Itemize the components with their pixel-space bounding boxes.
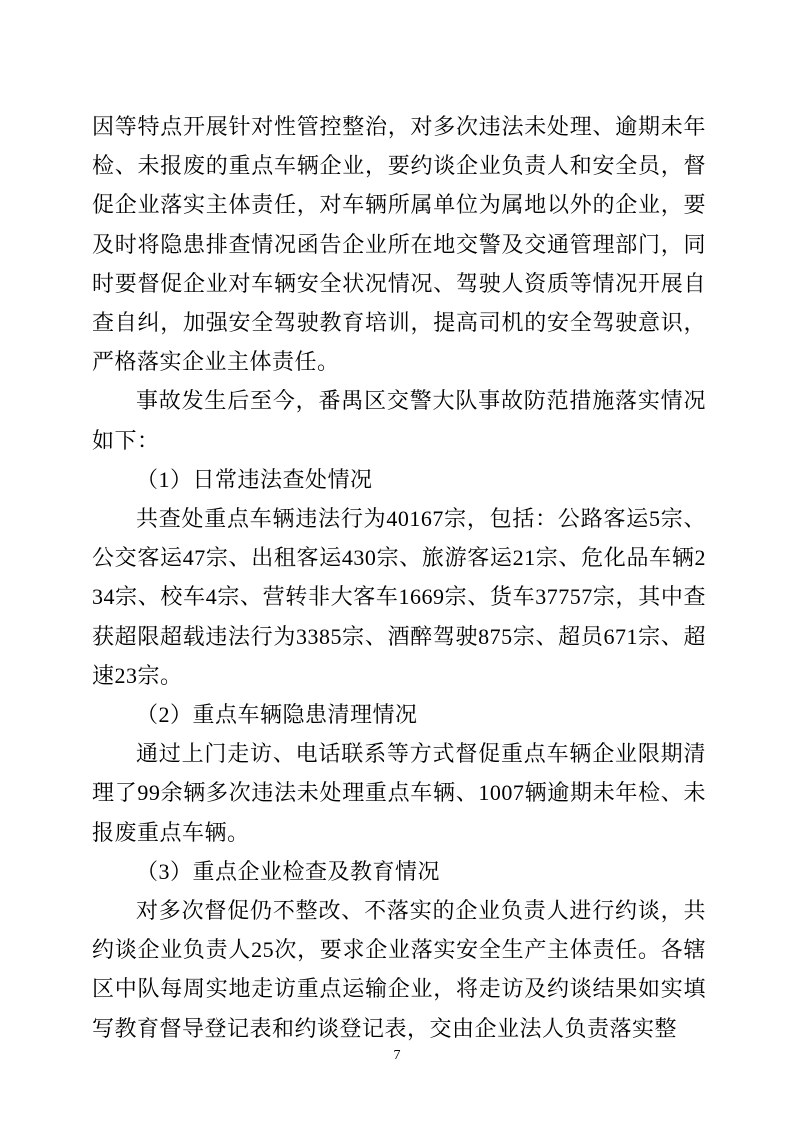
paragraph-violation-stats: 共查处重点车辆违法行为40167宗，包括：公路客运5宗、公交客运47宗、出租客运… <box>92 499 706 695</box>
paragraph-intro: 事故发生后至今，番禺区交警大队事故防范措施落实情况如下： <box>92 381 706 459</box>
paragraph-continuation: 因等特点开展针对性管控整治，对多次违法未处理、逾期未年检、未报废的重点车辆企业，… <box>92 107 706 381</box>
paragraph-vehicle-cleanup: 通过上门走访、电话联系等方式督促重点车辆企业限期清理了99余辆多次违法未处理重点… <box>92 734 706 852</box>
page-number: 7 <box>0 1046 794 1066</box>
heading-item-2: （2）重点车辆隐患清理情况 <box>92 695 706 734</box>
heading-item-3: （3）重点企业检查及教育情况 <box>92 852 706 891</box>
paragraph-enterprise-inspection: 对多次督促仍不整改、不落实的企业负责人进行约谈，共约谈企业负责人25次，要求企业… <box>92 891 706 1048</box>
heading-item-1: （1）日常违法查处情况 <box>92 460 706 499</box>
page-body-text: 因等特点开展针对性管控整治，对多次违法未处理、逾期未年检、未报废的重点车辆企业，… <box>92 107 706 1048</box>
document-page: 因等特点开展针对性管控整治，对多次违法未处理、逾期未年检、未报废的重点车辆企业，… <box>0 0 794 1123</box>
